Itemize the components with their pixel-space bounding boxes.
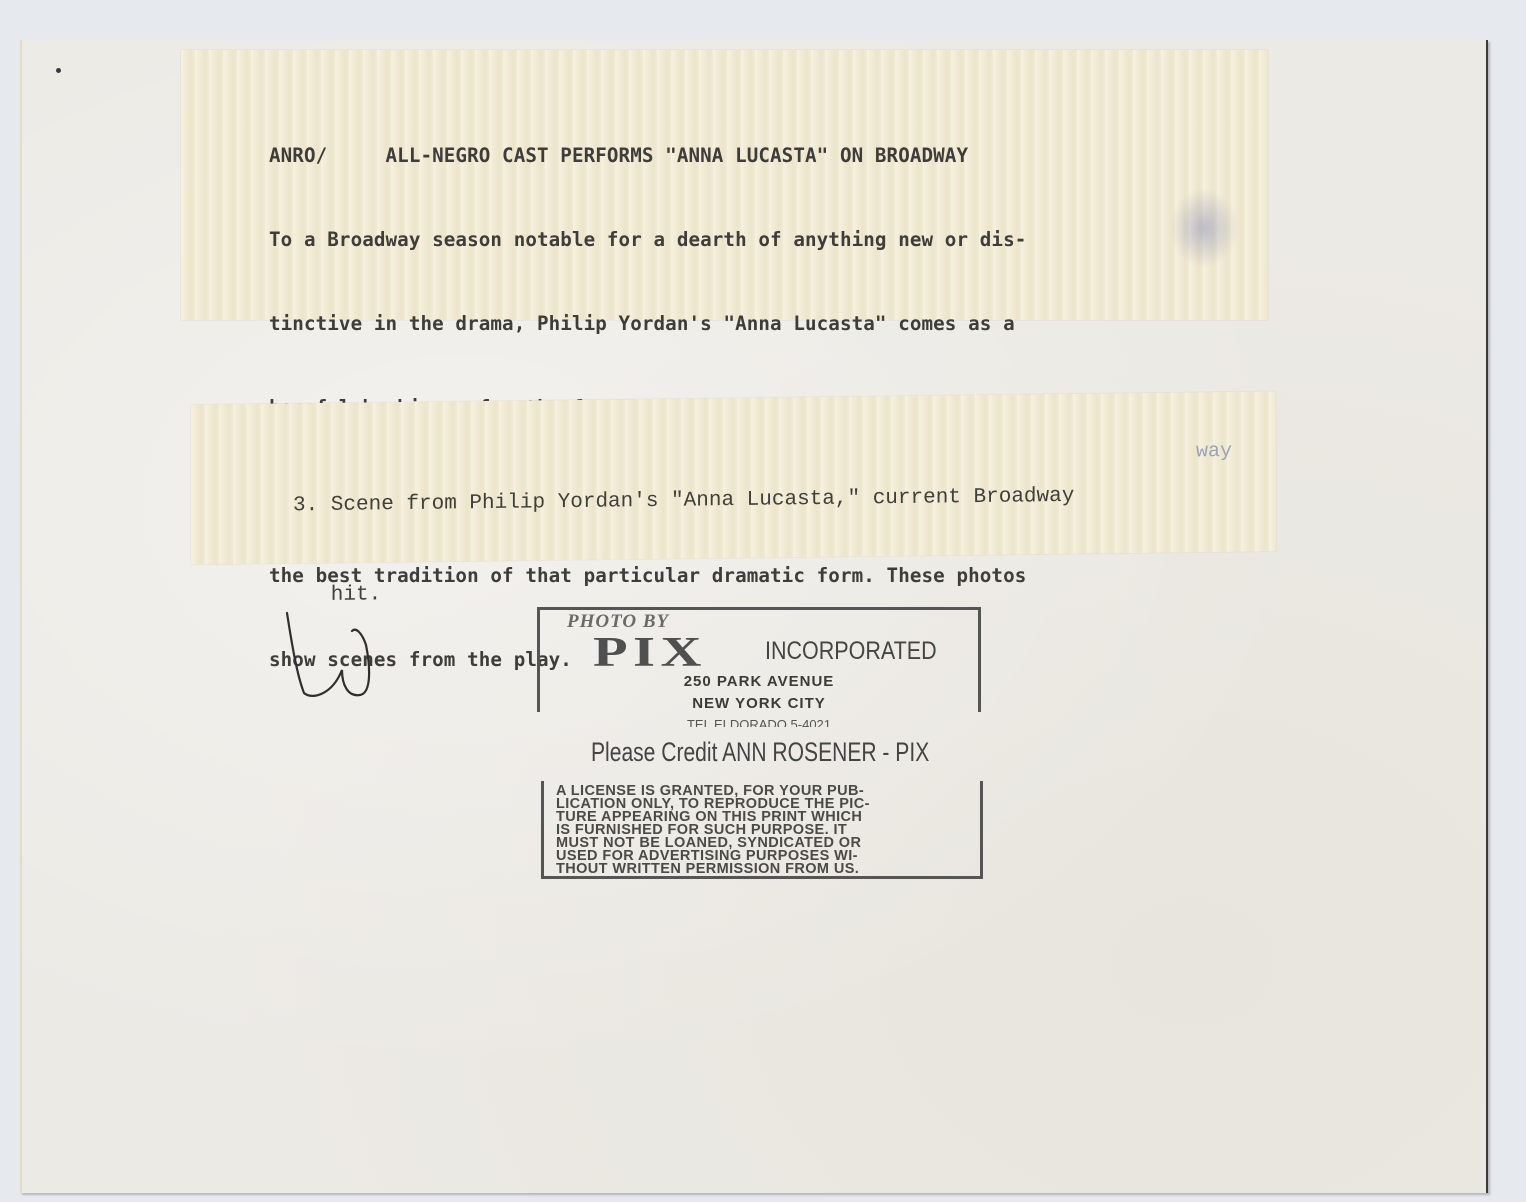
stamp-address-line1: 250 PARK AVENUE (537, 673, 981, 690)
caption-scene-line: 3. Scene from Philip Yordan's "Anna Luca… (293, 482, 1074, 522)
stamp-address-line2: NEW YORK CITY (537, 695, 981, 712)
stamp-agency-suffix: INCORPORATED (765, 637, 937, 666)
caption-line: tinctive in the drama, Philip Yordan's "… (269, 310, 1026, 338)
caption-clipping-main: ANRO/ ALL-NEGRO CAST PERFORMS "ANNA LUCA… (181, 50, 1268, 320)
stamp-license-box: A LICENSE IS GRANTED, FOR YOUR PUB- LICA… (541, 781, 983, 879)
caption-scene-line: hit. (293, 572, 1074, 612)
caption-clipping-scene: 3. Scene from Philip Yordan's "Anna Luca… (191, 391, 1276, 564)
caption-line: To a Broadway season notable for a deart… (269, 226, 1026, 254)
handwritten-w-mark (282, 605, 382, 705)
stamp-credit-line: Please Credit ANN ROSENER - PIX (591, 737, 929, 768)
stamp-telephone: TEL ELDORADO 5-4021 (537, 717, 981, 727)
caption-headline: ANRO/ ALL-NEGRO CAST PERFORMS "ANNA LUCA… (269, 142, 1026, 170)
ghost-text: way (1196, 440, 1232, 463)
license-line: THOUT WRITTEN PERMISSION FROM US. (556, 863, 976, 876)
paper-speck (56, 68, 61, 73)
photo-agency-stamp: PHOTO BY PIX INCORPORATED 250 PARK AVENU… (537, 607, 981, 882)
stamp-license-text: A LICENSE IS GRANTED, FOR YOUR PUB- LICA… (556, 785, 976, 876)
ink-smudge (1169, 188, 1239, 268)
stamp-agency-name: PIX (593, 629, 707, 677)
